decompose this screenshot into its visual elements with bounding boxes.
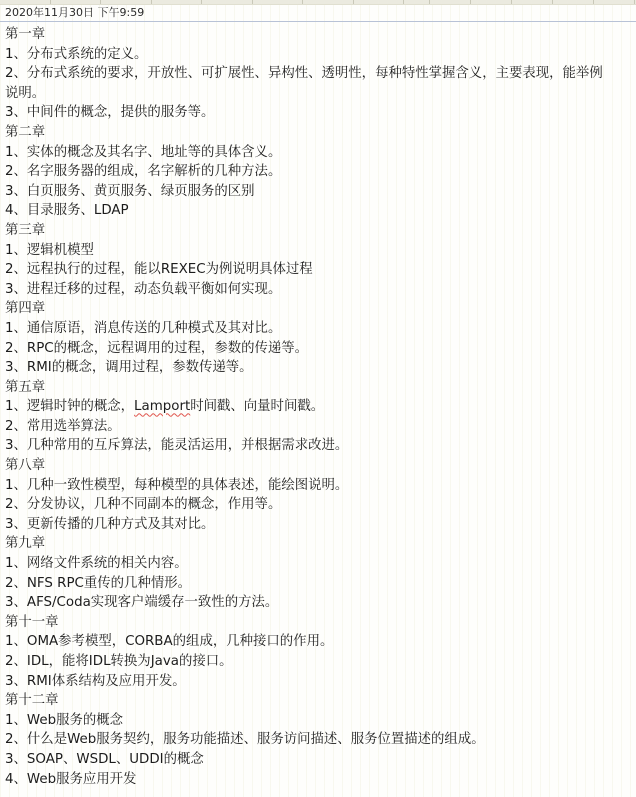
- ruler-tick: [429, 0, 430, 4]
- ruler-tick: [100, 0, 101, 4]
- list-item-text: 时间戳、向量时间戳。: [190, 399, 324, 414]
- ruler-tick: [470, 0, 471, 4]
- list-item: 2、IDL，能将IDL转换为Java的接口。: [5, 652, 630, 672]
- ruler-tick: [511, 0, 512, 4]
- list-item: 3、SOAP、WSDL、UDDI的概念: [5, 750, 630, 770]
- list-item-continuation: 说明。: [5, 84, 630, 104]
- list-item: 1、几种一致性模型，每种模型的具体表述，能绘图说明。: [5, 476, 630, 496]
- list-item: 2、名字服务器的组成，名字解析的几种方法。: [5, 162, 630, 182]
- spellcheck-flagged-word[interactable]: Lamport: [134, 399, 190, 414]
- ruler-tick: [151, 0, 152, 4]
- list-item: 2、NFS RPC重传的几种情形。: [5, 574, 630, 594]
- ruler-tick: [302, 0, 303, 4]
- ruler-tick: [50, 0, 51, 4]
- list-item: 1、通信原语，消息传送的几种模式及其对比。: [5, 319, 630, 339]
- ruler-tick: [552, 0, 553, 4]
- ruler-tick: [353, 0, 354, 4]
- list-item: 2、常用选举算法。: [5, 417, 630, 437]
- list-item: 1、分布式系统的定义。: [5, 45, 630, 65]
- list-item: 4、Web服务应用开发: [5, 770, 630, 790]
- list-item: 3、白页服务、黄页服务、绿页服务的区别: [5, 182, 630, 202]
- list-item: 2、RPC的概念，远程调用的过程，参数的传递等。: [5, 339, 630, 359]
- list-item: 1、实体的概念及其名字、地址等的具体含义。: [5, 143, 630, 163]
- ruler-tick: [403, 0, 404, 4]
- list-item: 2、分发协议，几种不同副本的概念，作用等。: [5, 495, 630, 515]
- chapter-heading: 第四章: [5, 299, 630, 319]
- ruler-tick: [634, 0, 635, 4]
- list-item: 3、AFS/Coda实现客户端缓存一致性的方法。: [5, 593, 630, 613]
- chapter-heading: 第十一章: [5, 613, 630, 633]
- chapter-heading: 第八章: [5, 456, 630, 476]
- list-item: 3、中间件的概念，提供的服务等。: [5, 103, 630, 123]
- list-item: 1、逻辑机模型: [5, 241, 630, 261]
- chapter-heading: 第二章: [5, 123, 630, 143]
- list-item: 2、什么是Web服务契约，服务功能描述、服务访问描述、服务位置描述的组成。: [5, 730, 630, 750]
- list-item: 1、Web服务的概念: [5, 711, 630, 731]
- list-item: 3、更新传播的几种方式及其对比。: [5, 515, 630, 535]
- list-item: 1、网络文件系统的相关内容。: [5, 554, 630, 574]
- list-item: 3、RMI体系结构及应用开发。: [5, 672, 630, 692]
- note-body[interactable]: 第一章 1、分布式系统的定义。 2、分布式系统的要求，开放性、可扩展性、异构性、…: [5, 25, 630, 789]
- ruler-tick: [252, 0, 253, 4]
- list-item: 3、RMI的概念，调用过程，参数传递等。: [5, 358, 630, 378]
- list-item-text: 1、逻辑时钟的概念，: [5, 399, 134, 414]
- chapter-heading: 第九章: [5, 534, 630, 554]
- chapter-heading: 第一章: [5, 25, 630, 45]
- note-timestamp: 2020年11月30日 下午9:59: [5, 6, 144, 20]
- list-item: 3、进程迁移的过程，动态负载平衡如何实现。: [5, 280, 630, 300]
- list-item: 4、目录服务、LDAP: [5, 201, 630, 221]
- ruler-tick: [201, 0, 202, 4]
- list-item: 3、几种常用的互斥算法，能灵活运用，并根据需求改进。: [5, 436, 630, 456]
- list-item: 1、逻辑时钟的概念，Lamport时间戳、向量时间戳。: [5, 397, 630, 417]
- note-header: 2020年11月30日 下午9:59: [0, 5, 636, 22]
- list-item: 2、远程执行的过程，能以REXEC为例说明具体过程: [5, 260, 630, 280]
- chapter-heading: 第三章: [5, 221, 630, 241]
- chapter-heading: 第五章: [5, 378, 630, 398]
- list-item: 1、OMA参考模型，CORBA的组成，几种接口的作用。: [5, 632, 630, 652]
- chapter-heading: 第十二章: [5, 691, 630, 711]
- list-item: 2、分布式系统的要求，开放性、可扩展性、异构性、透明性，每种特性掌握含义，主要表…: [5, 64, 630, 84]
- ruler-tick: [593, 0, 594, 4]
